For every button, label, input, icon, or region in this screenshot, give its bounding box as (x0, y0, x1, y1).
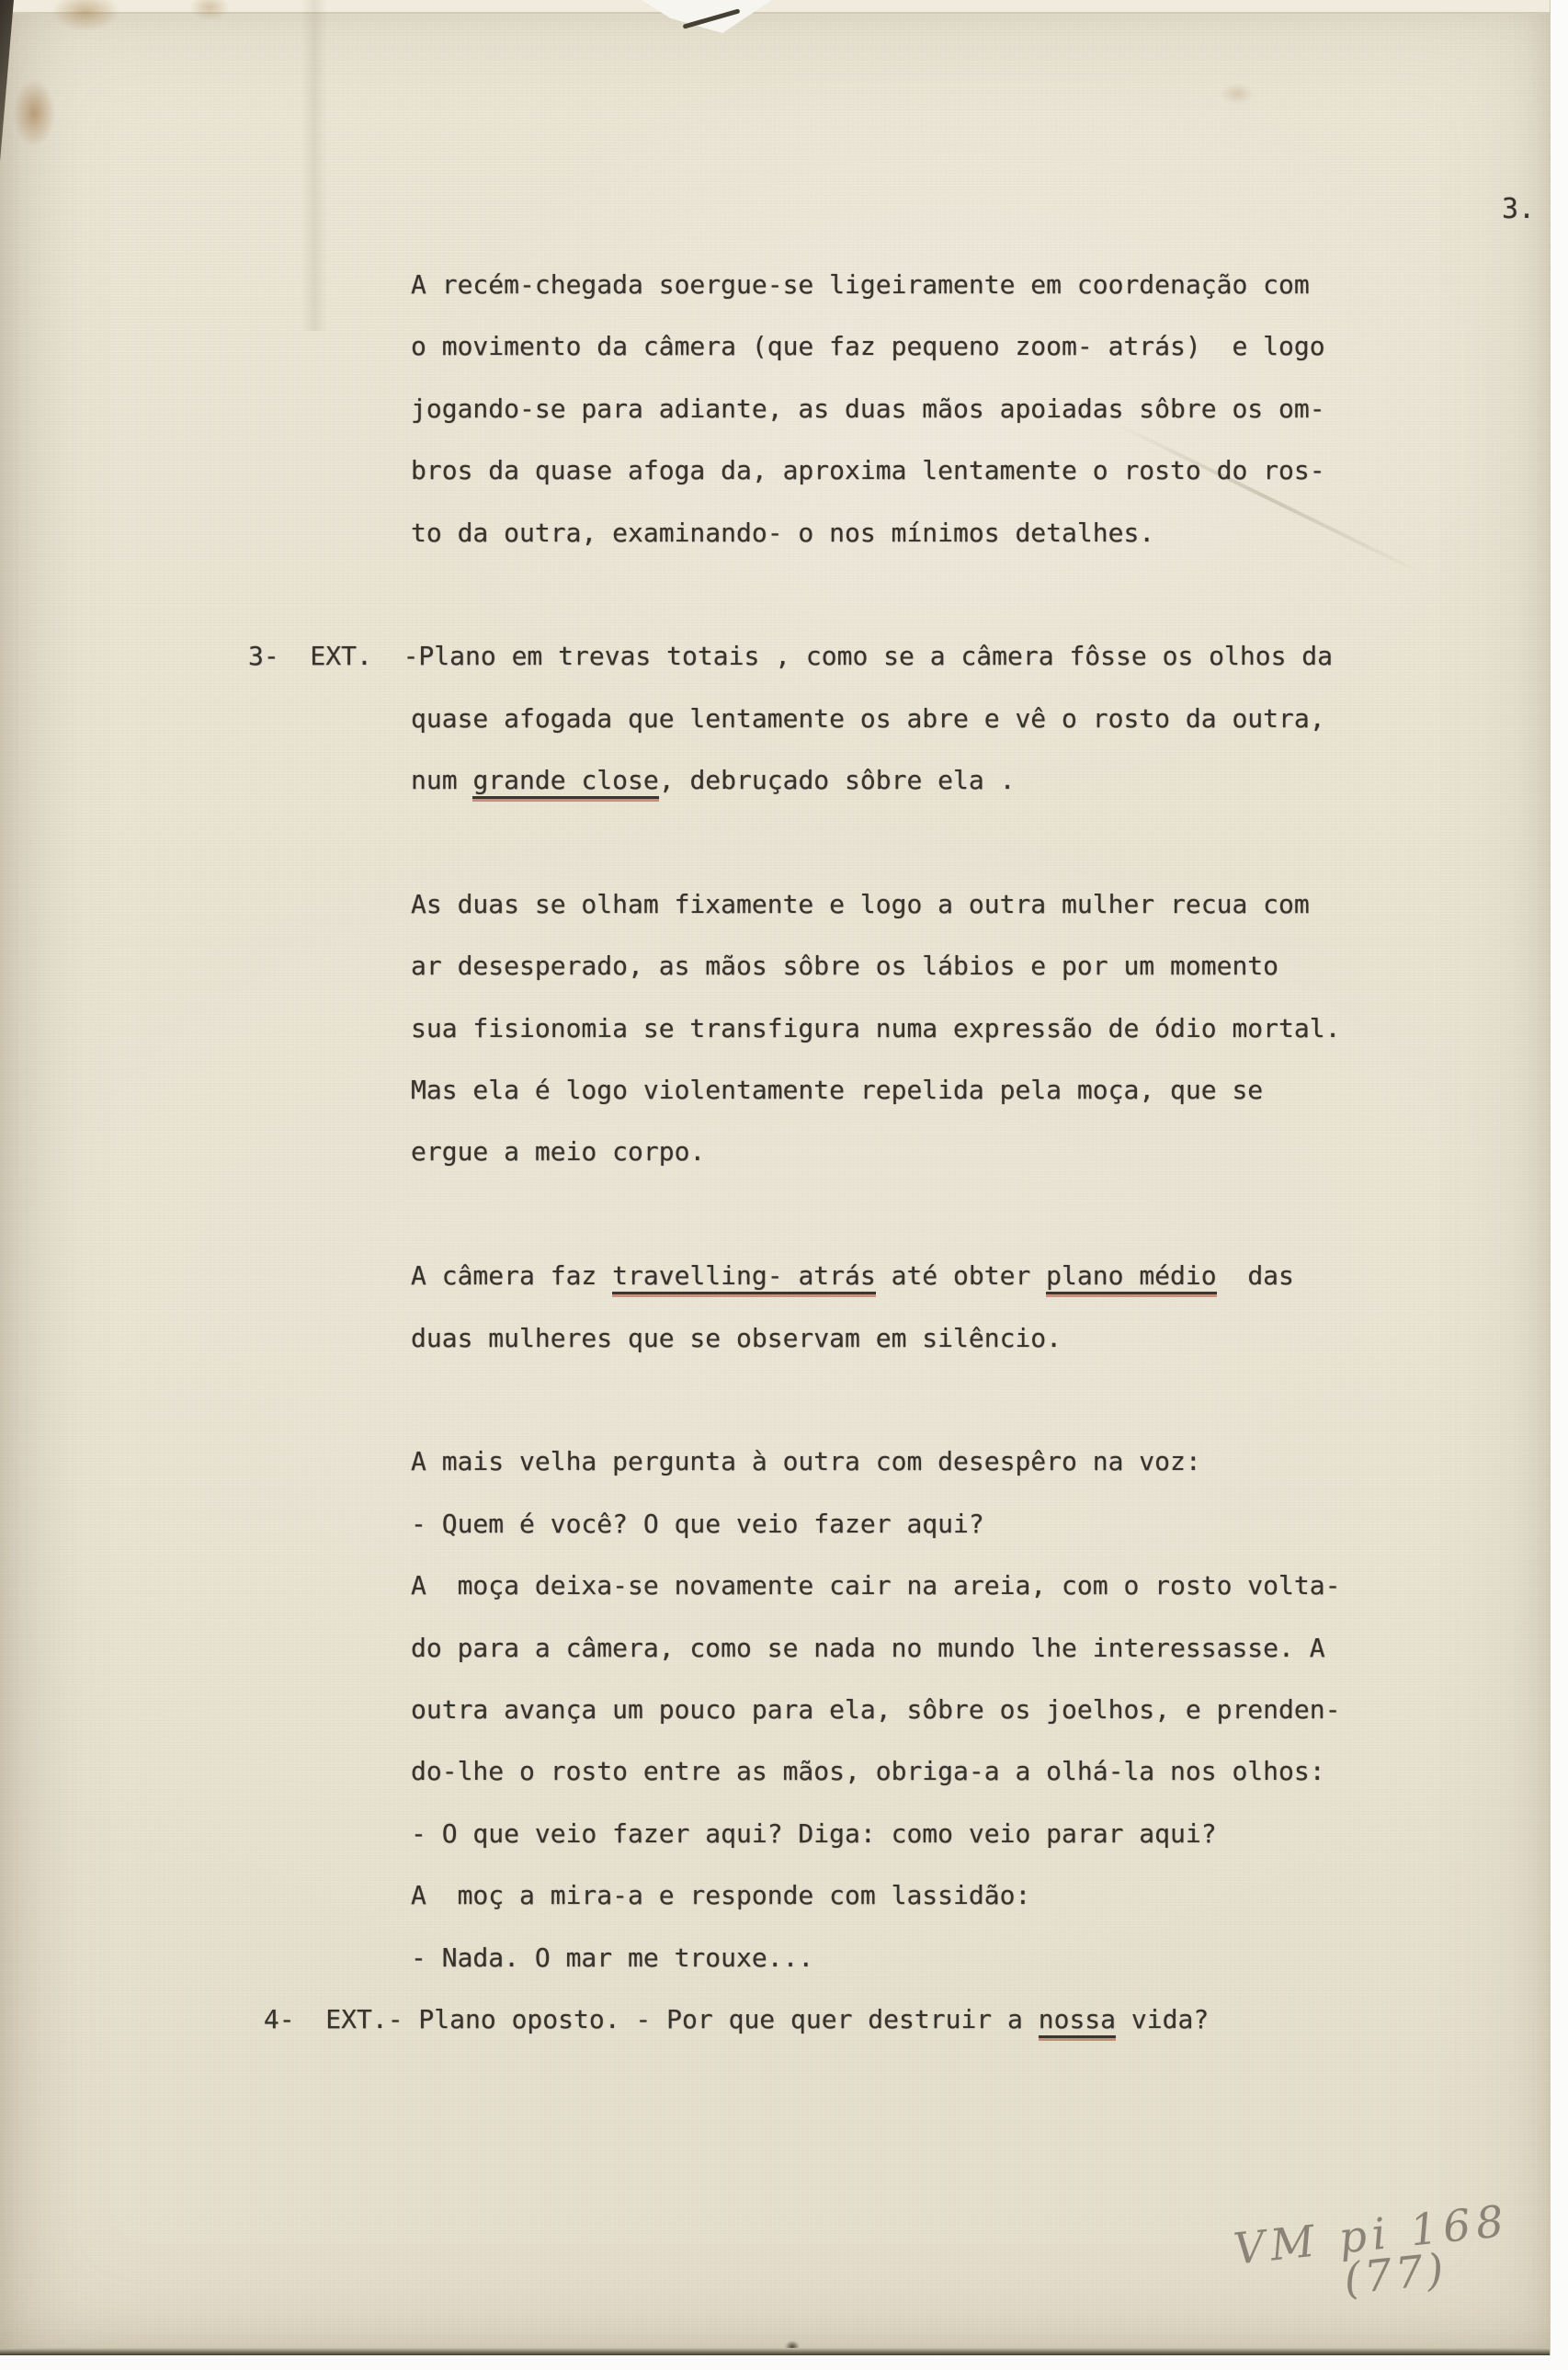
text-segment: jogando-se para adiante, as duas mãos ap… (411, 393, 1325, 424)
text-segment: até obter (876, 1260, 1046, 1291)
paper-stain (189, 0, 230, 20)
underlined-phrase: grande close (472, 765, 658, 799)
text-segment: - O que veio fazer aqui? Diga: como veio… (411, 1818, 1217, 1849)
text-segment: ar desesperado, as mãos sôbre os lábios … (411, 951, 1278, 981)
paper-bottom-edge (0, 2348, 1550, 2355)
scanned-paper-sheet: 3. A recém-chegada soergue-se ligeiramen… (0, 0, 1551, 2355)
text-line: A moça deixa-se novamente cair na areia,… (248, 1555, 1340, 1616)
text-segment: o movimento da câmera (que faz pequeno z… (411, 331, 1325, 361)
pencil-annotation: VM pi 168 (77) (1232, 2196, 1517, 2317)
text-line: duas mulheres que se observam em silênci… (248, 1307, 1340, 1369)
underlined-phrase: travelling- atrás (612, 1260, 876, 1294)
text-segment: bros da quase afoga da, aproxima lentame… (411, 455, 1325, 485)
text-line: sua fisionomia se transfigura numa expre… (248, 997, 1340, 1059)
text-segment: A mais velha pergunta à outra com desesp… (411, 1446, 1201, 1476)
text-line: num grande close, debruçado sôbre ela . (248, 749, 1340, 811)
text-segment: - Quem é você? O que veio fazer aqui? (411, 1509, 984, 1539)
text-segment: do-lhe o rosto entre as mãos, obriga-a a… (411, 1756, 1325, 1786)
text-line: A moç a mira-a e responde com lassidão: (248, 1864, 1340, 1926)
text-line: - Quem é você? O que veio fazer aqui? (248, 1493, 1340, 1555)
text-segment: duas mulheres que se observam em silênci… (411, 1323, 1062, 1353)
text-line: ar desesperado, as mãos sôbre os lábios … (248, 935, 1340, 997)
page-number: 3. (1502, 193, 1535, 226)
text-line: do-lhe o rosto entre as mãos, obriga-a a… (248, 1740, 1340, 1802)
paper-stain (1221, 83, 1254, 105)
text-line: As duas se olham fixamente e logo a outr… (248, 873, 1340, 935)
text-line: quase afogada que lentamente os abre e v… (248, 688, 1340, 749)
paragraph: As duas se olham fixamente e logo a outr… (248, 873, 1340, 1183)
text-line: A mais velha pergunta à outra com desesp… (248, 1430, 1340, 1492)
text-segment: ergue a meio corpo. (411, 1136, 705, 1167)
text-segment: A moça deixa-se novamente cair na areia,… (411, 1570, 1340, 1601)
paper-top-edge (0, 0, 1550, 14)
text-segment: quase afogada que lentamente os abre e v… (411, 703, 1325, 734)
paragraph: 3- EXT. -Plano em trevas totais , como s… (248, 625, 1340, 811)
text-segment: num (411, 765, 472, 795)
paragraph: 4- EXT.- Plano oposto. - Por que quer de… (248, 1988, 1340, 2050)
text-line: - Nada. O mar me trouxe... (248, 1927, 1340, 1988)
paper-stain (13, 79, 55, 147)
text-segment: - Nada. O mar me trouxe... (411, 1943, 813, 1973)
text-segment: das (1217, 1260, 1294, 1291)
text-line: A recém-chegada soergue-se ligeiramente … (248, 254, 1340, 315)
text-segment: to da outra, examinando- o nos mínimos d… (411, 518, 1154, 548)
corner-tear-mark (0, 0, 14, 162)
text-line: o movimento da câmera (que faz pequeno z… (248, 315, 1340, 377)
text-segment: A câmera faz (411, 1260, 612, 1291)
text-line: 4- EXT.- Plano oposto. - Por que quer de… (248, 1988, 1340, 2050)
typed-text-block: A recém-chegada soergue-se ligeiramente … (248, 254, 1340, 2050)
paper-stain (51, 0, 119, 31)
text-line: do para a câmera, como se nada no mundo … (248, 1617, 1340, 1679)
underlined-phrase: plano médio (1046, 1260, 1216, 1294)
text-line: A câmera faz travelling- atrás até obter… (248, 1245, 1340, 1306)
text-segment: vida? (1116, 2004, 1209, 2034)
paragraph: A recém-chegada soergue-se ligeiramente … (248, 254, 1340, 564)
text-segment: As duas se olham fixamente e logo a outr… (411, 889, 1310, 919)
text-segment: A moç a mira-a e responde com lassidão: (411, 1880, 1030, 1910)
text-segment: A recém-chegada soergue-se ligeiramente … (411, 269, 1310, 300)
text-line: ergue a meio corpo. (248, 1121, 1340, 1182)
text-line: - O que veio fazer aqui? Diga: como veio… (248, 1803, 1340, 1864)
torn-notch (642, 0, 772, 33)
text-line: outra avança um pouco para ela, sôbre os… (248, 1679, 1340, 1740)
paragraph: A mais velha pergunta à outra com desesp… (248, 1430, 1340, 1988)
underlined-phrase: nossa (1039, 2004, 1116, 2038)
text-segment: Mas ela é logo violentamente repelida pe… (411, 1075, 1263, 1105)
text-line: 3- EXT. -Plano em trevas totais , como s… (248, 625, 1340, 687)
text-line: jogando-se para adiante, as duas mãos ap… (248, 378, 1340, 439)
text-segment: sua fisionomia se transfigura numa expre… (411, 1013, 1340, 1043)
paragraph: A câmera faz travelling- atrás até obter… (248, 1245, 1340, 1369)
text-segment: 4- EXT.- Plano oposto. - Por que quer de… (248, 2004, 1039, 2034)
text-segment: , debruçado sôbre ela . (659, 765, 1016, 795)
text-segment: do para a câmera, como se nada no mundo … (411, 1633, 1325, 1663)
text-segment: outra avança um pouco para ela, sôbre os… (411, 1694, 1340, 1725)
text-segment: 3- EXT. -Plano em trevas totais , como s… (248, 641, 1333, 671)
text-line: Mas ela é logo violentamente repelida pe… (248, 1059, 1340, 1121)
text-line: to da outra, examinando- o nos mínimos d… (248, 502, 1340, 564)
text-line: bros da quase afoga da, aproxima lentame… (248, 439, 1340, 501)
